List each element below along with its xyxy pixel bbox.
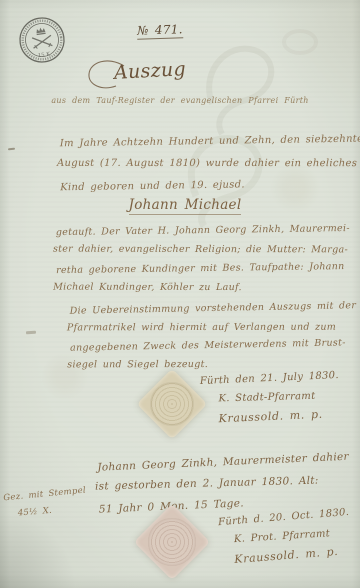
text-line: Kind geboren und den 19. ejusd. <box>60 173 352 200</box>
child-name-text: Johann Michael <box>129 197 242 215</box>
seal-impression-rings <box>141 373 203 435</box>
document-number: № 471. <box>118 22 203 41</box>
stamp-value-text: 15 K <box>38 52 51 60</box>
text-line: August (17. August 1810) wurde dahier ei… <box>57 153 349 175</box>
paragraph-parents: getauft. Der Vater H. Johann Georg Zinkh… <box>56 220 356 298</box>
text-line: angegebenen Zweck des Meisterwerdens mit… <box>70 334 350 358</box>
signature-block-1: Fürth den 21. July 1830. K. Stadt-Pfarra… <box>199 367 341 429</box>
text-line: getauft. Der Vater H. Johann Georg Zinkh… <box>56 219 356 242</box>
paragraph-birth-record: Im Jahre Achtzehn Hundert und Zehn, den … <box>60 130 352 198</box>
ink-speck <box>26 331 36 335</box>
text-line: ster dahier, evangelischer Religion; die… <box>53 240 353 260</box>
margin-fee-note: Gez. mit Stempel 45½ X. <box>3 482 98 524</box>
document-number-text: № 471. <box>137 22 183 40</box>
embossed-wafer-seal-1 <box>137 369 208 440</box>
text-line: Im Jahre Achtzehn Hundert und Zehn, den … <box>60 129 352 156</box>
text-line: Michael Kundinger, Köhler zu Lauf. <box>53 278 353 298</box>
signature-block-2: Fürth d. 20. Oct. 1830. K. Prot. Pfarram… <box>210 503 360 570</box>
document-page: 15 K № 471. Auszug aus dem Tauf-Register… <box>0 0 360 588</box>
ink-speck <box>8 148 15 151</box>
child-name: Johann Michael <box>110 197 260 215</box>
revenue-stamp-icon: 15 K <box>15 13 69 67</box>
text-line: retha geborene Kundinger mit Bes. Taufpa… <box>56 257 356 280</box>
crown-icon <box>36 27 46 33</box>
text-line: Die Uebereinstimmung vorstehenden Auszug… <box>70 297 350 321</box>
document-subtitle: aus dem Tauf-Register der evangelischen … <box>35 96 325 105</box>
crossed-swords-icon <box>32 35 52 49</box>
paragraph-certification: Die Uebereinstimmung vorstehenden Auszug… <box>70 299 351 376</box>
